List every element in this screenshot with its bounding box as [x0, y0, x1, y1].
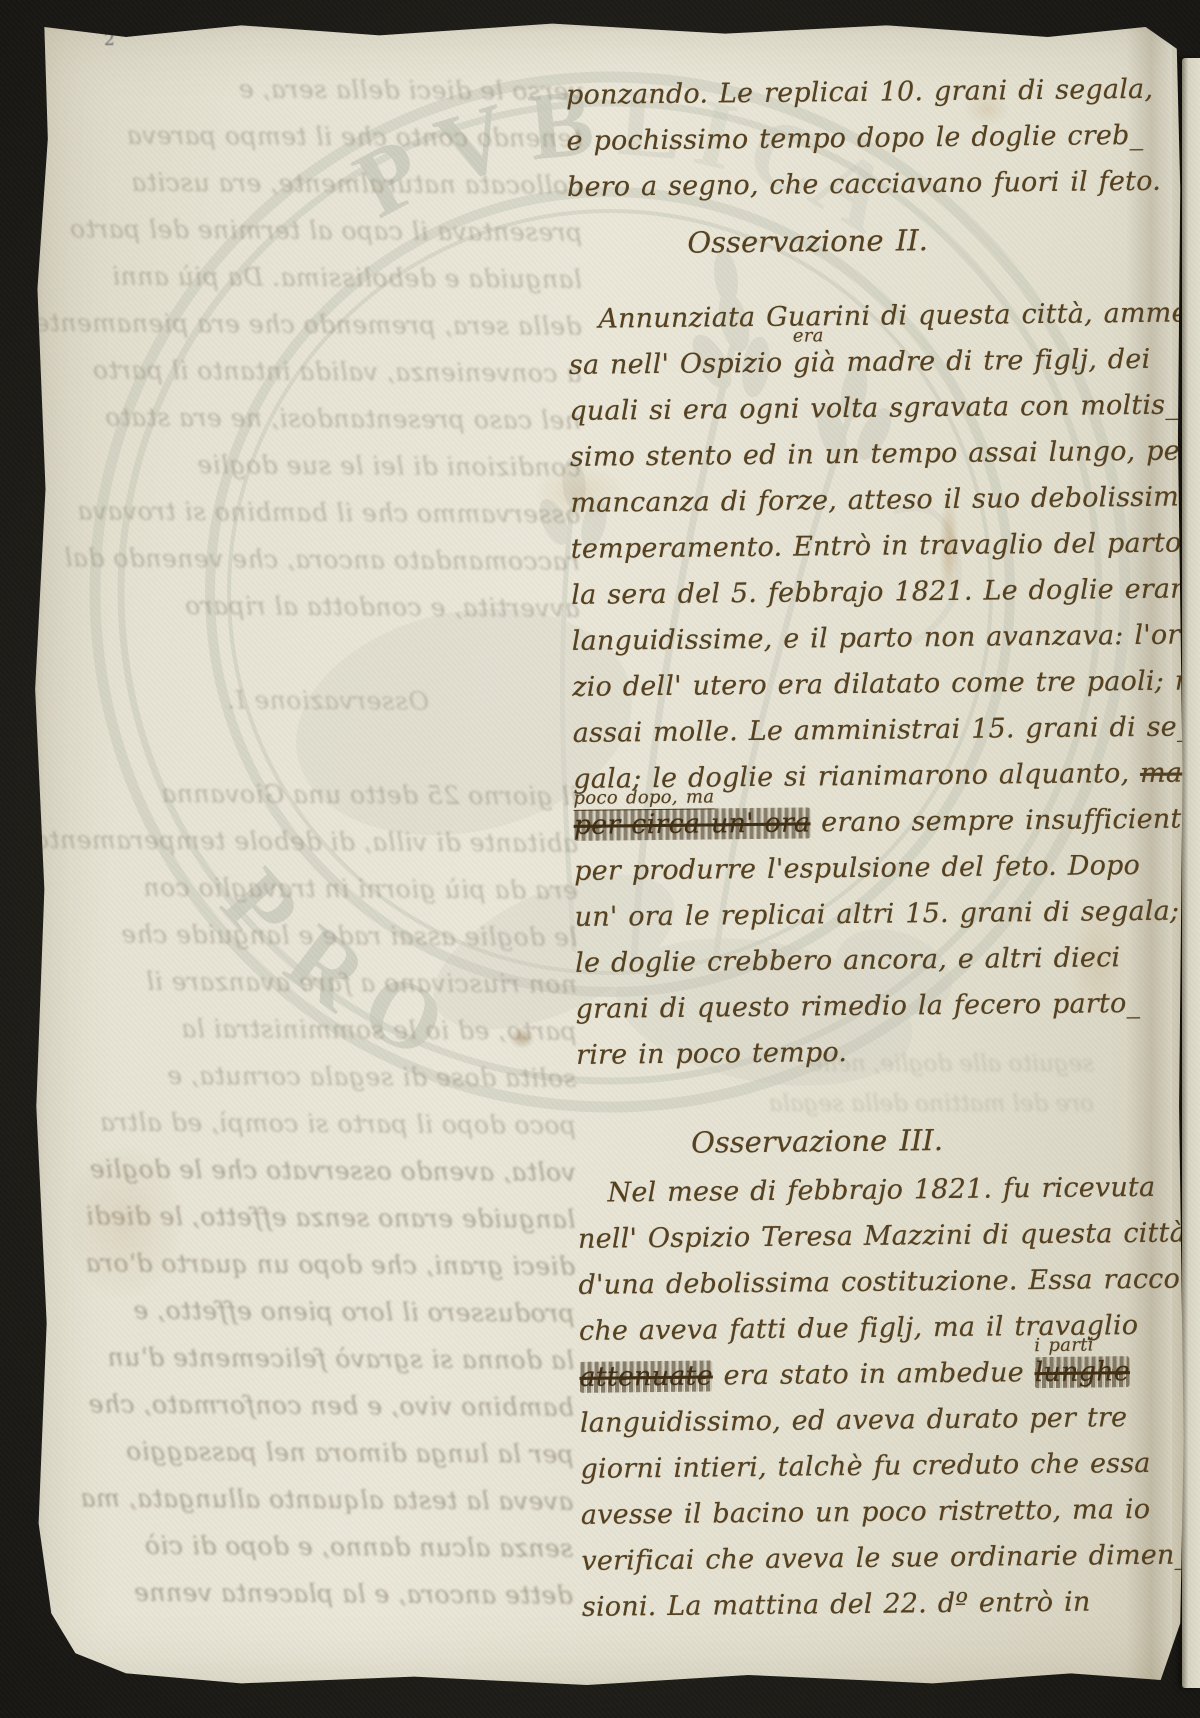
manuscript-page: PVBLICAPRO — [34, 22, 1186, 1690]
manuscript-line: grani di questo rimedio la fecero parto_ — [575, 981, 1127, 1033]
manuscript-line: attenuate era stato in ambedue i partilu… — [579, 1349, 1131, 1401]
section-heading: Osservazione III. — [577, 1116, 1057, 1167]
bleedthrough-line: produssero il loro pieno effetto, e — [47, 1286, 575, 1337]
bleedthrough-line: solita dose di segala cornuta, e — [48, 1051, 576, 1102]
manuscript-line: un' ora le replicai altri 15. grani di s… — [574, 889, 1126, 941]
bleedthrough-line: languida e debolissima. Da più anni — [54, 252, 582, 303]
manuscript-line: avesse il bacino un poco ristretto, ma i… — [581, 1487, 1133, 1539]
page-number: 2 — [104, 30, 115, 50]
scan-background: PVBLICAPRO — [0, 0, 1200, 1718]
manuscript-line: poco dopo, maper circa un' ora erano sem… — [574, 797, 1126, 849]
manuscript-line: assai molle. Le amministrai 15. grani di… — [573, 705, 1125, 757]
bleedthrough-line: languide erano senza effetto, le diedi — [47, 1192, 575, 1243]
bleedthrough-line: abitante di villa, di debole temperament… — [50, 816, 578, 867]
manuscript-line — [576, 1073, 1128, 1121]
bleedthrough-line: le doglie assai rade e languide che — [49, 910, 577, 961]
manuscript-line: languidissimo, ed aveva durato per tre — [580, 1395, 1132, 1447]
next-page-edge — [1182, 58, 1200, 1688]
manuscript-line: mancanza di forze, atteso il suo debolis… — [570, 475, 1122, 527]
manuscript-line: per produrre l'espulsione del feto. Dopo — [574, 843, 1126, 895]
bleedthrough-line: condizioni di lei le sue doglie — [52, 440, 580, 491]
bleedthrough-line: osservammo che il bambino si trovava — [52, 487, 580, 538]
manuscript-line: Nel mese di febbrajo 1821. fu ricevuta — [577, 1165, 1129, 1217]
bleedthrough-line: poco dopo il parto si compì, ed altra — [48, 1098, 576, 1149]
bleedthrough-line: raccomandato ancora, che venendo dal — [52, 534, 580, 585]
manuscript-line: rire in poco tempo. — [576, 1027, 1128, 1079]
manuscript-line: quali si era ogni volta sgravata con mol… — [569, 383, 1121, 435]
bleedthrough-line: la donna si sgravò felicemente d'un — [46, 1333, 574, 1384]
manuscript-line: simo stento ed in un tempo assai lungo, … — [570, 429, 1122, 481]
section-heading: Osservazione II. — [567, 216, 1047, 267]
bleedthrough-line: verso le dieci della sera, e — [55, 64, 583, 115]
bleedthrough-line: parto, ed io le somministrai la — [49, 1004, 577, 1055]
bleedthrough-line: a convenienza, valida intanto il parto — [53, 346, 581, 397]
bleedthrough-line: collocata naturalmente, era uscita — [54, 158, 582, 209]
bleedthrough-line: della sera, premendo che era pienamente — [53, 299, 581, 350]
bleedthrough-line: presentava il capo al termine del parto — [54, 205, 582, 256]
scribbled-out-word: attenuate — [579, 1360, 713, 1392]
bleedthrough-line — [50, 722, 578, 773]
bleedthrough-line: senza alcun danno, e dopo di ciò — [45, 1521, 573, 1572]
bleedthrough-line: tenendo conto che il tempo pareva — [55, 111, 583, 162]
bleedthrough-line: non riuscivano a fare avanzare il — [49, 957, 577, 1008]
bleedthrough-line: volta, avendo osservato che le doglie — [48, 1145, 576, 1196]
bleedthrough-line: bambino vivo, e ben conformato, che — [46, 1380, 574, 1431]
scribbled-out-word: per circa un' ora — [574, 807, 811, 840]
manuscript-line: d'una debolissima costituzione. Essa rac… — [578, 1257, 1130, 1309]
manuscript-line: e pochissimo tempo dopo le doglie creb_ — [566, 113, 1118, 165]
manuscript-line: le doglie crebbero ancora, e altri dieci — [575, 935, 1127, 987]
scribbled-out-word: lunghe — [1034, 1356, 1130, 1388]
manuscript-line: languidissime, e il parto non avanzava: … — [572, 613, 1124, 665]
bleedthrough-line: dette ancora, e la placenta venne — [45, 1568, 573, 1619]
crossed-out-word: ma — [1140, 758, 1182, 789]
manuscript-line: verificai che aveva le sue ordinarie dim… — [581, 1533, 1133, 1585]
manuscript-line: zio dell' utero era dilatato come tre pa… — [572, 659, 1124, 711]
bleedthrough-line — [51, 628, 579, 679]
manuscript-line: Annunziata Guarini di questa città, amme… — [568, 291, 1120, 343]
bleedthrough-line: dieci grani, che dopo un quarto d'ora — [47, 1239, 575, 1290]
bleedthrough-line: nel caso presentandosi, ne era stato — [53, 393, 581, 444]
manuscript-text: ponzando. Le replicai 10. grani di segal… — [566, 67, 1134, 1631]
bleedthrough-line: Osservazione I. — [51, 675, 579, 726]
manuscript-line: giorni intieri, talchè fu creduto che es… — [580, 1441, 1132, 1493]
bleedthrough-line: aveva la testa alquanto allungata, ma — [45, 1474, 573, 1525]
bleedthrough-line: avvertita, e condotta al riparo — [51, 581, 579, 632]
bleedthrough-line: per la lunga dimora nel passaggio — [46, 1427, 574, 1478]
bleedthrough-line: era da più giorni in travaglio con — [50, 863, 578, 914]
manuscript-line: temperamento. Entrò in travaglio del par… — [571, 521, 1123, 573]
manuscript-line: sioni. La mattina del 22. dº entrò in — [582, 1579, 1134, 1631]
manuscript-line: ponzando. Le replicai 10. grani di segal… — [566, 67, 1118, 119]
manuscript-line: la sera del 5. febbrajo 1821. Le doglie … — [571, 567, 1123, 619]
bleedthrough-text: verso le dieci della sera, etenendo cont… — [45, 64, 584, 1619]
manuscript-line: sa nell' Ospizio eragià madre di tre fig… — [569, 337, 1121, 389]
manuscript-line: nell' Ospizio Teresa Mazzini di questa c… — [578, 1211, 1130, 1263]
manuscript-line: bero a segno, che cacciavano fuori il fe… — [567, 159, 1119, 211]
bleedthrough-line: il giorno 25 detto una Giovanna — [50, 769, 578, 820]
